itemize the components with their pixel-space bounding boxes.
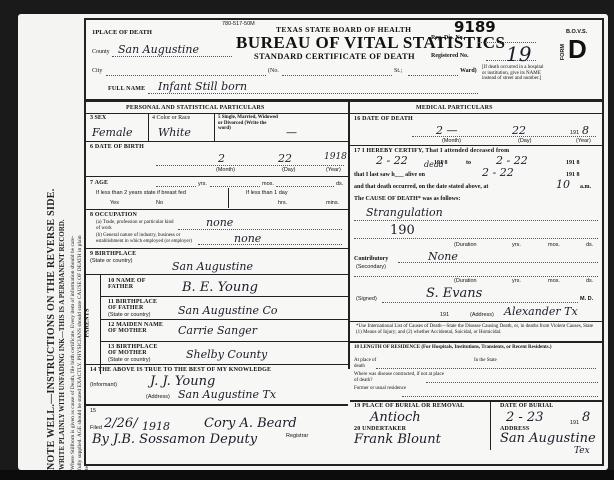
full-name-value: Infant Still born bbox=[158, 80, 247, 93]
informant-value: J. J. Young bbox=[150, 374, 215, 389]
city-field bbox=[106, 75, 266, 76]
duration-ds-label: ds. bbox=[586, 242, 593, 248]
divider bbox=[350, 145, 602, 146]
dod-day-label: (Day) bbox=[518, 138, 531, 144]
race-value: White bbox=[158, 126, 191, 139]
place-of-death-heading: 1PLACE OF DEATH bbox=[92, 29, 152, 36]
month-label: (Month) bbox=[216, 167, 235, 173]
divider bbox=[100, 274, 101, 374]
age-label: 7 AGE bbox=[90, 180, 108, 186]
marital-label: 5 Single, Married, Widowed or Divorced (… bbox=[218, 115, 278, 132]
county-label: County bbox=[92, 49, 110, 55]
sign-year-label: 191 bbox=[440, 312, 449, 318]
margin-note-line1: NOTE WELL.—INSTRUCTIONS ON THE REVERSE S… bbox=[46, 188, 57, 470]
duration2-yrs-label: yrs. bbox=[512, 278, 521, 284]
dob-field bbox=[156, 165, 344, 166]
divider bbox=[100, 296, 348, 297]
undertaker-value: Frank Blount bbox=[354, 432, 441, 447]
residence-label: 18 LENGTH OF RESIDENCE (For Hospitals, I… bbox=[354, 345, 598, 351]
age-yrs-field bbox=[156, 186, 196, 187]
last-saw-insert: dead bbox=[424, 160, 444, 169]
breastfed-label: If less than 2 years state if breast fed bbox=[96, 190, 186, 196]
city-label: City bbox=[92, 68, 102, 74]
occupation-b-label: (b) General nature of industry, business… bbox=[96, 233, 196, 244]
father-birthplace-sub: (State or country) bbox=[108, 312, 151, 318]
dob-day: 22 bbox=[278, 152, 292, 165]
undertaker-address-value: San Augustine bbox=[500, 431, 596, 446]
dob-label: 6 DATE OF BIRTH bbox=[90, 144, 144, 150]
above-true-label: 14 THE ABOVE IS TRUE TO THE BEST OF MY K… bbox=[90, 367, 271, 373]
father-birthplace-label: 11 BIRTHPLACE OF FATHER bbox=[108, 299, 164, 311]
form-label: FORM bbox=[560, 44, 566, 60]
full-name-field bbox=[148, 93, 478, 94]
dod-year-label: (Year) bbox=[576, 138, 591, 144]
mother-maiden-label: 12 MAIDEN NAME OF MOTHER bbox=[108, 322, 164, 334]
center-divider bbox=[348, 99, 350, 369]
day-label: (Day) bbox=[282, 167, 295, 173]
occupation-label: 8 OCCUPATION bbox=[90, 212, 137, 218]
cause-label: The CAUSE OF DEATH* was as follows: bbox=[354, 196, 460, 202]
registered-label: Registered No. bbox=[431, 53, 469, 59]
duration2-ds-label: ds. bbox=[586, 278, 593, 284]
divider bbox=[86, 113, 348, 114]
margin-note-line2: WRITE PLAINLY WITH UNFADING INK—THIS IS … bbox=[58, 219, 66, 470]
occupation-a-label: (a) Trade, profession or particular kind… bbox=[96, 220, 176, 231]
contracted-field bbox=[426, 382, 598, 383]
former-residence-field bbox=[402, 396, 598, 397]
divider bbox=[350, 400, 602, 402]
registrar-signature: Cory A. Beard bbox=[204, 416, 297, 431]
divider bbox=[350, 321, 602, 322]
header-divider bbox=[86, 99, 602, 102]
filed-number: 15 bbox=[90, 408, 96, 414]
occupation-a-value: none bbox=[206, 216, 233, 229]
race-label: 4 Color or Race bbox=[152, 115, 190, 121]
divider bbox=[228, 188, 229, 208]
street-no-field bbox=[282, 75, 392, 76]
burial-date-value: 2 - 23 bbox=[506, 410, 543, 425]
dob-month: 2 bbox=[218, 152, 225, 165]
form-letter: D bbox=[568, 34, 587, 65]
yrs-label: yrs. bbox=[198, 181, 207, 187]
cause-code: 190 bbox=[390, 223, 415, 238]
sex-value: Female bbox=[92, 126, 133, 139]
residence-field bbox=[376, 368, 596, 369]
father-value: B. E. Young bbox=[182, 280, 258, 295]
cause-line-1 bbox=[354, 220, 598, 221]
occupation-a-field bbox=[178, 229, 342, 230]
certificate-number: 9189 bbox=[454, 18, 496, 36]
dod-month-label: (Month) bbox=[442, 138, 461, 144]
date-of-death-label: 16 DATE OF DEATH bbox=[354, 116, 413, 122]
father-label: 10 NAME OF FATHER bbox=[108, 278, 158, 290]
less-than-day-label: If less than 1 day bbox=[246, 190, 288, 196]
cause-value: Strangulation bbox=[366, 206, 443, 219]
filed-label: Filed bbox=[90, 425, 102, 431]
parents-label: PARENTS bbox=[84, 309, 90, 338]
street-field bbox=[408, 75, 458, 76]
divider bbox=[86, 404, 348, 406]
duration-label: (Duration bbox=[454, 242, 477, 248]
duration2-label: (Duration bbox=[454, 278, 477, 284]
in-state-label: In the State bbox=[474, 358, 498, 364]
divider bbox=[86, 141, 348, 142]
year-label: (Year) bbox=[326, 167, 341, 173]
divider bbox=[350, 113, 602, 114]
informant-address-label: (Address) bbox=[146, 394, 170, 400]
contributory-label: Contributory bbox=[354, 256, 388, 262]
contributory-sub: (Secondary) bbox=[356, 264, 386, 270]
divider bbox=[490, 402, 491, 450]
father-birthplace-value: San Augustine Co bbox=[178, 304, 278, 317]
divider bbox=[100, 341, 348, 342]
dob-year: 1918 bbox=[324, 152, 347, 162]
attended-to-year: 191 8 bbox=[566, 160, 580, 166]
divider bbox=[148, 113, 149, 141]
occupation-b-field bbox=[198, 244, 342, 245]
duration2-mos-label: mos. bbox=[548, 278, 560, 284]
birthplace-sub: (State or country) bbox=[90, 258, 133, 264]
certificate-form: 780-517-50M 1PLACE OF DEATH TEXAS STATE … bbox=[84, 18, 604, 466]
mos-label: mos. bbox=[262, 181, 274, 187]
divider bbox=[86, 364, 348, 365]
burial-year-prefix: 191 bbox=[570, 420, 579, 426]
contributory-line-2 bbox=[354, 276, 598, 277]
margin-note-line3: Where Stillborn is given as cause of Dea… bbox=[70, 236, 76, 470]
md-label: M. D. bbox=[580, 296, 593, 302]
divider bbox=[86, 176, 348, 177]
street-no-label: (No. bbox=[268, 68, 279, 74]
last-saw-date: 2 - 22 bbox=[482, 166, 514, 179]
hospital-note: [If death occurred in a hospital or inst… bbox=[482, 65, 546, 82]
contributory-field bbox=[398, 262, 598, 263]
burial-place-label: 19 PLACE OF BURIAL OR REMOVAL bbox=[354, 403, 464, 409]
filed-date: 2/26/ bbox=[104, 416, 138, 431]
burial-date-label: DATE OF BURIAL bbox=[500, 403, 553, 409]
street-label: St.; bbox=[394, 68, 402, 74]
full-name-label: FULL NAME bbox=[108, 86, 145, 92]
last-saw-label: that I last saw h___ alive on bbox=[354, 172, 425, 178]
divider bbox=[214, 113, 215, 141]
divider bbox=[86, 209, 348, 210]
bureau-title: BUREAU OF VITAL STATISTICS bbox=[236, 33, 506, 53]
no-label: No bbox=[156, 200, 163, 206]
cause-footnote: *Use International List of Causes of Dea… bbox=[356, 324, 598, 335]
informant-address-value: San Augustine Tx bbox=[178, 388, 276, 401]
divider bbox=[86, 248, 348, 249]
former-residence-label: Former or usual residence bbox=[354, 386, 414, 392]
county-value: San Augustine bbox=[118, 43, 199, 56]
hrs-label: hrs. bbox=[278, 200, 287, 206]
certificate-title: STANDARD CERTIFICATE OF DEATH bbox=[254, 51, 415, 61]
death-time-suffix: a.m. bbox=[580, 184, 591, 190]
ds-label: ds. bbox=[336, 181, 343, 187]
duration-mos-label: mos. bbox=[548, 242, 560, 248]
marital-value: — bbox=[286, 126, 297, 139]
margin-instructions: NOTE WELL.—INSTRUCTIONS ON THE REVERSE S… bbox=[22, 20, 82, 460]
divider bbox=[350, 341, 602, 343]
informant-label: (Informant) bbox=[90, 382, 117, 388]
duration-yrs-label: yrs. bbox=[512, 242, 521, 248]
attended-from: 2 - 22 bbox=[376, 154, 408, 167]
mother-birthplace-value: Shelby County bbox=[186, 348, 267, 361]
mins-label: mins. bbox=[326, 200, 339, 206]
physician-signature: S. Evans bbox=[426, 286, 482, 301]
burial-year: 8 bbox=[582, 410, 590, 425]
scan-bottom-edge bbox=[0, 470, 614, 480]
age-ds-field bbox=[276, 186, 334, 187]
birthplace-value: San Augustine bbox=[172, 260, 253, 273]
mother-birthplace-label: 13 BIRTHPLACE OF MOTHER bbox=[108, 344, 164, 356]
registrar-label: Registrar bbox=[286, 433, 308, 439]
reg-dis-label: Reg. Dis. No. bbox=[431, 35, 464, 41]
sign-address-label: (Address) bbox=[470, 312, 494, 318]
registered-number: 19 bbox=[506, 42, 531, 66]
deputy-signature: By J.B. Sossamon Deputy bbox=[92, 432, 257, 447]
age-mos-field bbox=[210, 186, 260, 187]
mother-maiden-value: Carrie Sanger bbox=[178, 324, 257, 337]
margin-note-line4: fully supplied. AGE should be stated EXA… bbox=[77, 235, 83, 470]
death-occurred-label: and that death occurred, on the date sta… bbox=[354, 184, 488, 190]
personal-heading: PERSONAL AND STATISTICAL PARTICULARS bbox=[126, 105, 265, 111]
cause-line-2 bbox=[354, 238, 598, 239]
burial-place-value: Antioch bbox=[370, 410, 421, 425]
county-field bbox=[112, 56, 232, 57]
undertaker-address-state: Tex bbox=[574, 446, 590, 456]
yes-label: Yes bbox=[110, 200, 119, 206]
sign-address-value: Alexander Tx bbox=[504, 305, 578, 318]
death-time: 10 bbox=[556, 178, 570, 191]
mother-birthplace-sub: (State or country) bbox=[108, 357, 151, 363]
birthplace-label: 9 BIRTHPLACE bbox=[90, 251, 136, 257]
ward-label: Ward) bbox=[460, 68, 477, 74]
divider bbox=[86, 274, 348, 275]
signed-field bbox=[382, 302, 578, 303]
to-label: to bbox=[466, 160, 471, 166]
divider bbox=[100, 319, 348, 320]
signed-label: (Signed) bbox=[356, 296, 377, 302]
form-code: 780-517-50M bbox=[222, 21, 255, 27]
medical-heading: MEDICAL PARTICULARS bbox=[416, 105, 493, 111]
sex-label: 3 SEX bbox=[90, 115, 106, 121]
dod-field bbox=[412, 136, 596, 137]
